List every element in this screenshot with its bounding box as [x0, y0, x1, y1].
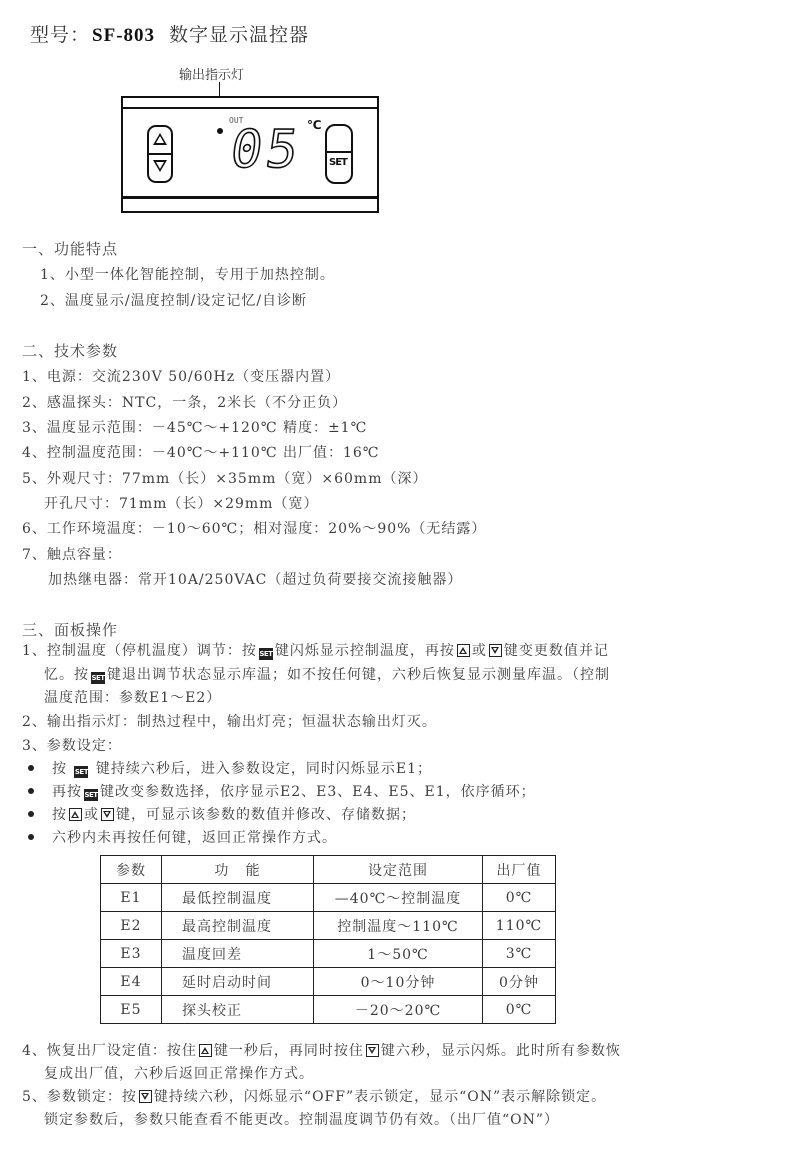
up-key-icon [199, 1044, 212, 1057]
table-header-cell: 参数 [101, 856, 162, 884]
bullet-item: 按 SET 键持续六秒后，进入参数设定，同时闪烁显示E1； [28, 758, 432, 778]
operation-item-1-line-2: 忆。按SET键退出调节状态显示库温；如不按任何键，六秒后恢复显示测量库温。（控制 [44, 664, 610, 684]
table-header-cell: 设定范围 [314, 856, 483, 884]
text: 键，可显示该参数的数值并修改、存储数据； [116, 807, 416, 823]
section-heading-features: 一、功能特点 [22, 238, 118, 259]
text: 键改变参数选择，依序显示E2、E3、E4、E5、E1，依序循环； [100, 784, 536, 800]
bullet-icon [28, 788, 34, 794]
text: 1、控制温度（停机温度）调节：按 [22, 643, 257, 659]
down-key-icon [101, 808, 114, 821]
text: 按 [52, 761, 67, 777]
spec-item: 开孔尺寸：71mm（长）×29mm（宽） [44, 493, 318, 513]
up-key-icon [457, 644, 470, 657]
up-arrow-icon [153, 133, 167, 145]
spec-item: 7、触点容量： [22, 544, 122, 564]
text: 或 [472, 643, 487, 659]
table-header-cell: 出厂值 [483, 856, 556, 884]
set-key-icon: SET [74, 766, 88, 778]
table-header-row: 参数 功 能 设定范围 出厂值 [101, 856, 556, 884]
set-key-label: SET [329, 157, 347, 168]
text: 键闪烁显示控制温度，再按 [275, 643, 455, 659]
controller-panel-diagram: OUT 05 ℃ SET [121, 96, 379, 213]
spec-item: 6、工作环境温度：－10～60℃；相对湿度：20%～90%（无结露） [22, 518, 486, 538]
down-key-icon [489, 644, 502, 657]
text: 键变更数值并记 [504, 643, 609, 659]
spec-item: 3、温度显示范围：－45℃～+120℃ 精度：±1℃ [22, 417, 367, 437]
parameter-table: 参数 功 能 设定范围 出厂值 E1 最低控制温度 —40℃～控制温度 0℃ E… [100, 855, 556, 1024]
param-default: 0℃ [483, 996, 556, 1024]
section-heading-panel-operation: 三、面板操作 [22, 619, 118, 640]
text: 按 [52, 807, 67, 823]
down-key-icon [139, 1090, 152, 1103]
text: 或 [84, 807, 99, 823]
operation-item-4-line-1: 4、恢复出厂设定值：按住键一秒后，再同时按住键六秒，显示闪烁。此时所有参数恢 [22, 1040, 621, 1060]
param-range: 0～10分钟 [314, 968, 483, 996]
bullet-item: 六秒内未再按任何键，返回正常操作方式。 [28, 827, 337, 847]
param-default: 3℃ [483, 940, 556, 968]
output-indicator-callout: 输出指示灯 [179, 64, 244, 83]
spec-item: 4、控制温度范围：－40℃～+110℃ 出厂值：16℃ [22, 442, 379, 462]
param-range: —40℃～控制温度 [314, 884, 483, 912]
spec-item: 加热继电器：常开10A/250VAC（超过负荷要接交流接触器） [48, 569, 462, 589]
table-row: E4 延时启动时间 0～10分钟 0分钟 [101, 968, 556, 996]
out-indicator-led-icon [217, 128, 223, 134]
param-code: E5 [101, 996, 162, 1024]
table-row: E2 最高控制温度 控制温度～110℃ 110℃ [101, 912, 556, 940]
model-number: SF-803 [92, 25, 155, 46]
panel-bottom-band [123, 196, 377, 199]
spec-item: 5、外观尺寸：77mm（长）×35mm（宽）×60mm（深） [22, 468, 427, 488]
table-row: E3 温度回差 1～50℃ 3℃ [101, 940, 556, 968]
text: 六秒内未再按任何键，返回正常操作方式。 [52, 830, 337, 846]
text: 5、参数锁定：按 [22, 1089, 137, 1105]
text: 键一秒后，再同时按住 [214, 1043, 364, 1059]
operation-item-5-line-2: 锁定参数后，参数只能查看不能更改。控制温度调节仍有效。（出厂值“ON”） [44, 1109, 559, 1129]
bullet-item: 再按SET键改变参数选择，依序显示E2、E3、E4、E5、E1，依序循环； [28, 781, 536, 801]
product-name: 数字显示温控器 [169, 24, 309, 46]
panel-top-band [123, 107, 377, 109]
param-code: E4 [101, 968, 162, 996]
table-header-cell: 功 能 [162, 856, 314, 884]
bullet-icon [28, 834, 34, 840]
text: 忆。按 [44, 667, 89, 683]
param-range: －20～20℃ [314, 996, 483, 1024]
operation-item-1-line-3: 温度范围：参数E1～E2） [44, 687, 221, 707]
text: 键六秒，显示闪烁。此时所有参数恢 [381, 1043, 621, 1059]
key-divider [149, 153, 171, 155]
set-key: SET [325, 124, 353, 184]
feature-item: 2、温度显示/温度控制/设定记忆/自诊断 [40, 290, 307, 310]
spec-item: 1、电源：交流230V 50/60Hz（变压器内置） [22, 366, 340, 386]
text: 再按 [52, 784, 82, 800]
set-key-icon: SET [91, 672, 105, 684]
section-heading-specs: 二、技术参数 [22, 340, 118, 361]
key-divider [327, 151, 351, 153]
text: 4、恢复出厂设定值：按住 [22, 1043, 197, 1059]
param-default: 0分钟 [483, 968, 556, 996]
operation-item-1-line-1: 1、控制温度（停机温度）调节：按SET键闪烁显示控制温度，再按或键变更数值并记 [22, 640, 609, 660]
operation-item-3: 3、参数设定： [22, 735, 122, 755]
up-key-icon [69, 808, 82, 821]
operation-item-4-line-2: 复成出厂值，六秒后返回正常操作方式。 [44, 1063, 314, 1083]
param-range: 控制温度～110℃ [314, 912, 483, 940]
param-function: 最低控制温度 [162, 884, 314, 912]
set-key-icon: SET [259, 648, 273, 660]
table-row: E1 最低控制温度 —40℃～控制温度 0℃ [101, 884, 556, 912]
param-code: E3 [101, 940, 162, 968]
celsius-unit: ℃ [307, 118, 322, 132]
bullet-item: 按或键，可显示该参数的数值并修改、存储数据； [28, 804, 416, 824]
param-code: E2 [101, 912, 162, 940]
text: 键持续六秒，闪烁显示“OFF”表示锁定，显示“ON”表示解除锁定。 [154, 1089, 606, 1105]
param-function: 温度回差 [162, 940, 314, 968]
param-code: E1 [101, 884, 162, 912]
down-arrow-icon [153, 160, 167, 172]
model-label: 型号： [30, 24, 90, 46]
param-default: 0℃ [483, 884, 556, 912]
up-down-key [147, 125, 173, 183]
document-title: 型号：SF-803数字显示温控器 [30, 20, 309, 47]
feature-item: 1、小型一体化智能控制，专用于加热控制。 [40, 264, 335, 284]
set-key-icon: SET [84, 789, 98, 801]
bullet-icon [28, 811, 34, 817]
param-function: 延时启动时间 [162, 968, 314, 996]
param-default: 110℃ [483, 912, 556, 940]
table-row: E5 探头校正 －20～20℃ 0℃ [101, 996, 556, 1024]
seven-segment-display: 05 [227, 122, 305, 178]
param-function: 最高控制温度 [162, 912, 314, 940]
text: 键退出调节状态显示库温；如不按任何键，六秒后恢复显示测量库温。（控制 [107, 667, 610, 683]
operation-item-5-line-1: 5、参数锁定：按键持续六秒，闪烁显示“OFF”表示锁定，显示“ON”表示解除锁定… [22, 1086, 606, 1106]
text: 键持续六秒后，进入参数设定，同时闪烁显示E1； [96, 761, 432, 777]
bullet-icon [28, 765, 34, 771]
spec-item: 2、感温探头：NTC，一条，2米长（不分正负） [22, 392, 347, 412]
operation-item-2: 2、输出指示灯：制热过程中，输出灯亮；恒温状态输出灯灭。 [22, 711, 437, 731]
param-function: 探头校正 [162, 996, 314, 1024]
param-range: 1～50℃ [314, 940, 483, 968]
down-key-icon [366, 1044, 379, 1057]
